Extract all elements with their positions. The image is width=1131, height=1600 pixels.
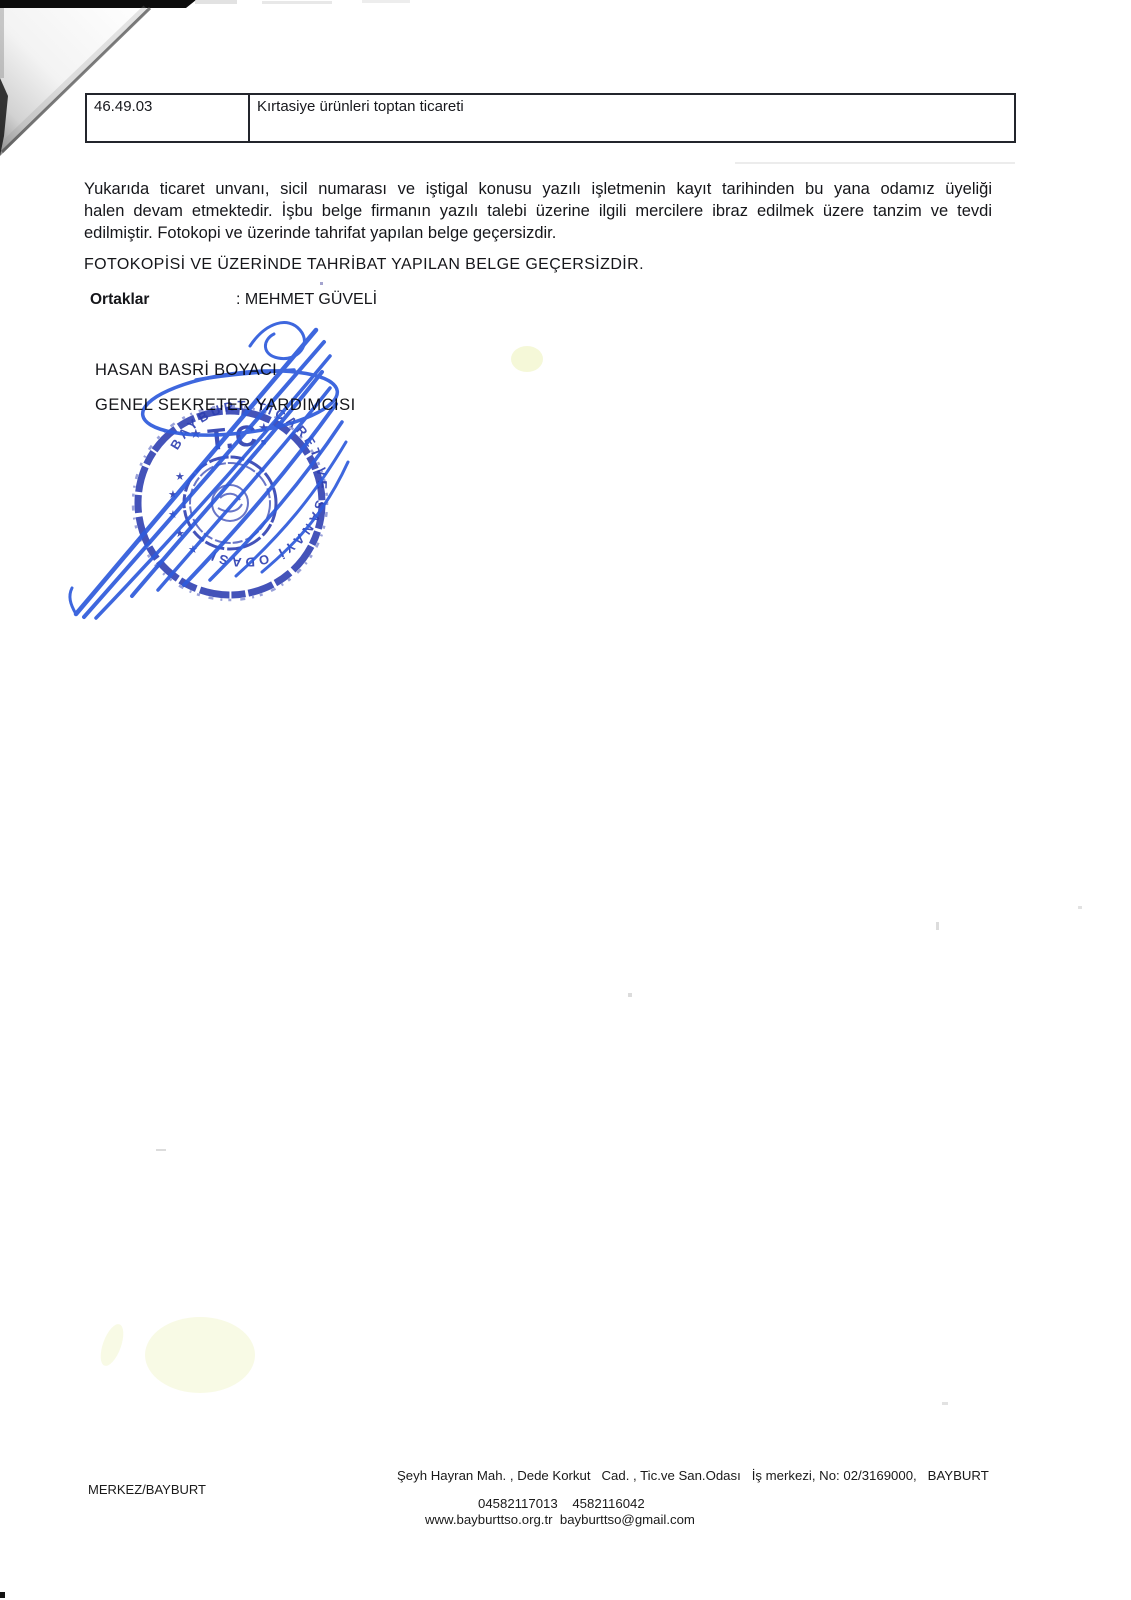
signer-title: GENEL SEKRETER YARDIMCISI	[95, 396, 356, 415]
paragraph-line: halen devam etmektedir. İşbu belge firma…	[84, 200, 992, 222]
membership-paragraph: Yukarıda ticaret unvanı, sicil numarası …	[84, 178, 992, 244]
partners-label: Ortaklar	[90, 291, 236, 309]
stamp-star-icon: ★	[258, 420, 270, 435]
official-stamp-icon	[133, 406, 327, 600]
footer-branch: MERKEZ/BAYBURT	[88, 1482, 206, 1497]
stamp-star-icon: ★	[175, 528, 185, 540]
signer-name: HASAN BASRİ BOYACI	[95, 361, 277, 380]
activity-code: 46.49.03	[94, 98, 152, 115]
activity-code-cell: 46.49.03	[87, 95, 250, 141]
paragraph-line: edilmiştir. Fotokopi ve üzerinde tahrifa…	[84, 222, 992, 244]
stamp-ring-text: BAYBURT TİCARET VE SANAYİ ODASI	[167, 398, 330, 570]
scanned-document-page: 46.49.03 Kırtasiye ürünleri toptan ticar…	[0, 0, 1131, 1600]
stamp-star-icon: ★	[168, 509, 178, 521]
partners-row: Ortaklar: MEHMET GÜVELİ	[90, 291, 377, 309]
svg-text:BAYBURT TİCARET VE SANAYİ ODAS: BAYBURT TİCARET VE SANAYİ ODASI	[167, 398, 330, 570]
stamp-star-icon: ★	[168, 489, 178, 501]
footer-address: Şeyh Hayran Mah. , Dede Korkut Cad. , Ti…	[397, 1468, 989, 1483]
partners-value: : MEHMET GÜVELİ	[236, 291, 377, 308]
paragraph-line: Yukarıda ticaret unvanı, sicil numarası …	[84, 178, 992, 200]
activity-description: Kırtasiye ürünleri toptan ticareti	[257, 98, 464, 115]
photocopy-warning: FOTOKOPİSİ VE ÜZERİNDE TAHRİBAT YAPILAN …	[84, 256, 644, 274]
stamp-star-icon: ★	[188, 544, 198, 556]
stamp-star-icon: ★	[190, 426, 202, 441]
official-stamp-text: T.C. BAYBURT TİCARET VE SANAYİ ODASI ★ ★…	[167, 398, 330, 570]
scan-noise	[0, 282, 1082, 1598]
scan-artifact-line	[735, 162, 1015, 164]
stamp-center-text: T.C.	[206, 418, 270, 457]
footer-web: www.bayburttso.org.tr bayburttso@gmail.c…	[425, 1512, 695, 1527]
footer-phones: 04582117013 4582116042	[478, 1496, 645, 1511]
stamp-star-icon: ★	[175, 471, 185, 483]
activity-table: 46.49.03 Kırtasiye ürünleri toptan ticar…	[85, 93, 1016, 143]
activity-description-cell: Kırtasiye ürünleri toptan ticareti	[250, 95, 1014, 141]
